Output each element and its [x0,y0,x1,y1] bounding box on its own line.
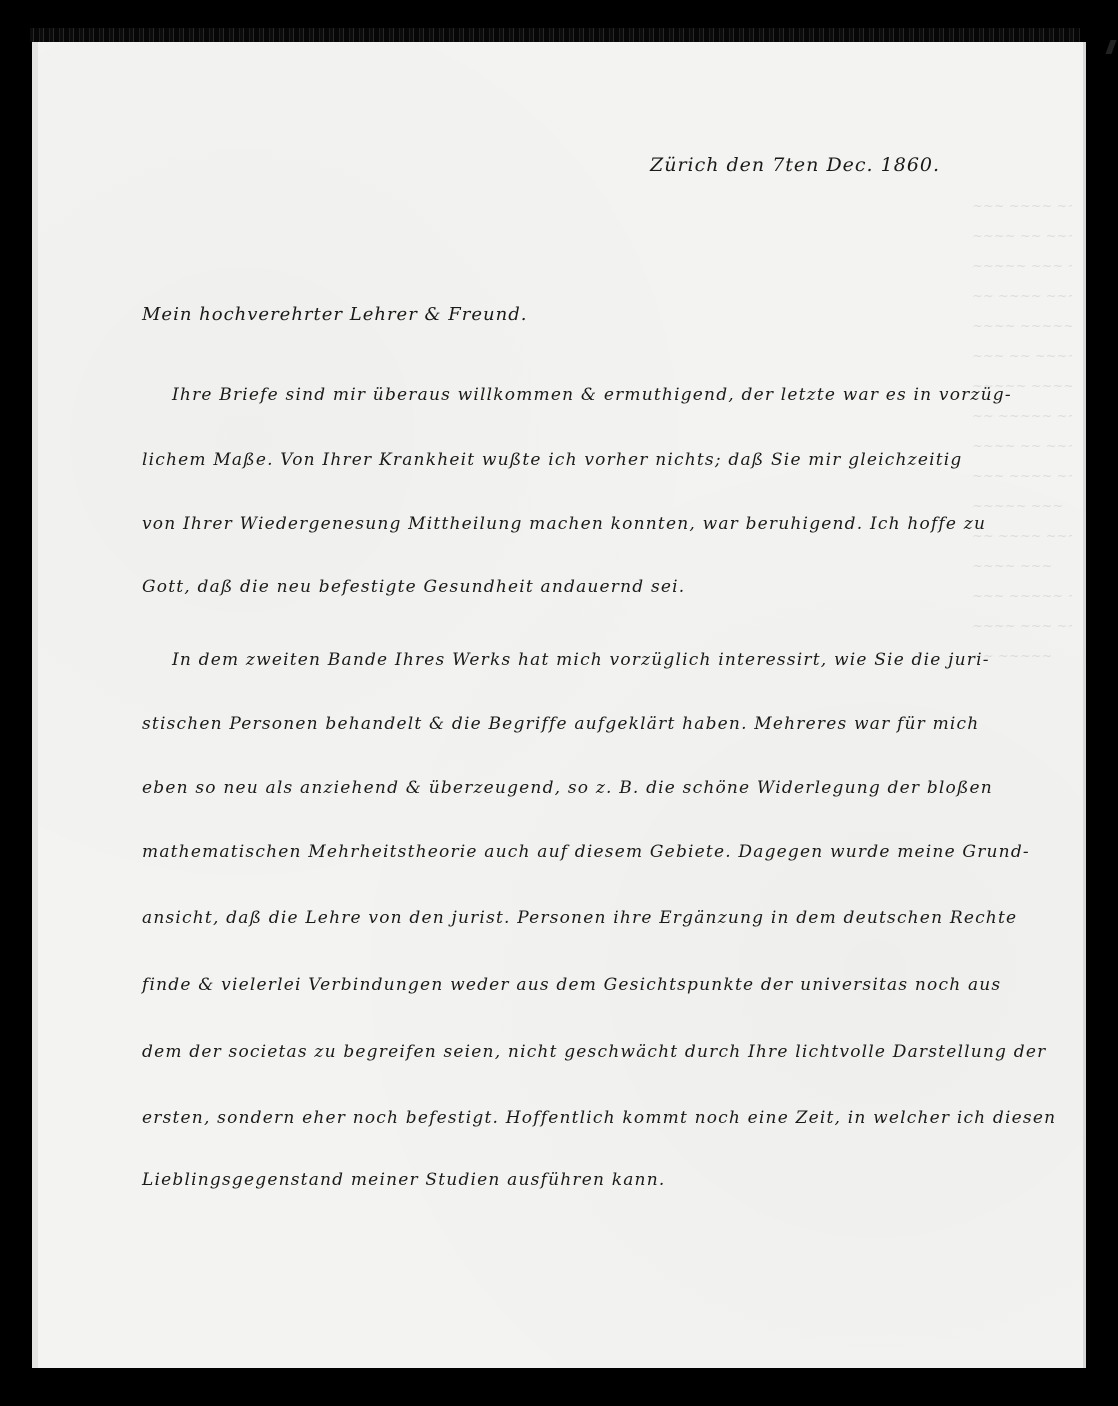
text-line: ersten, sondern eher noch befestigt. Hof… [142,1108,1056,1128]
letter-page: ~~~ ~~~~ ~~~~~~~~~ ~~ ~~~~~~~~~ ~~~ ~~~~… [32,42,1086,1368]
text-line: ansicht, daß die Lehre von den jurist. P… [142,908,1017,928]
text-line: dem der societas zu begreifen seien, nic… [142,1042,1046,1062]
text-line: Ihre Briefe sind mir überaus willkommen … [172,385,1012,405]
dateline: Zürich den 7ten Dec. 1860. [650,154,940,176]
scan-edge-noise [30,28,1080,42]
text-line: finde & vielerlei Verbindungen weder aus… [142,975,1001,995]
scan-background: ~~~ ~~~~ ~~~~~~~~~ ~~ ~~~~~~~~~ ~~~ ~~~~… [0,0,1118,1406]
text-line: eben so neu als anziehend & überzeugend,… [142,778,993,798]
text-line: lichem Maße. Von Ihrer Krankheit wußte i… [142,450,963,470]
text-line: In dem zweiten Bande Ihres Werks hat mic… [172,650,990,670]
salutation: Mein hochverehrter Lehrer & Freund. [142,304,527,325]
text-line: Lieblingsgegenstand meiner Studien ausfü… [142,1170,665,1190]
letter-body: Zürich den 7ten Dec. 1860. Mein hochvere… [32,42,1086,1368]
text-line: von Ihrer Wiedergenesung Mittheilung mac… [142,514,986,534]
text-line: stischen Personen behandelt & die Begrif… [142,714,979,734]
scan-corner-mark [1105,40,1116,54]
text-line: mathematischen Mehrheitstheorie auch auf… [142,842,1030,862]
text-line: Gott, daß die neu befestigte Gesundheit … [142,577,685,597]
